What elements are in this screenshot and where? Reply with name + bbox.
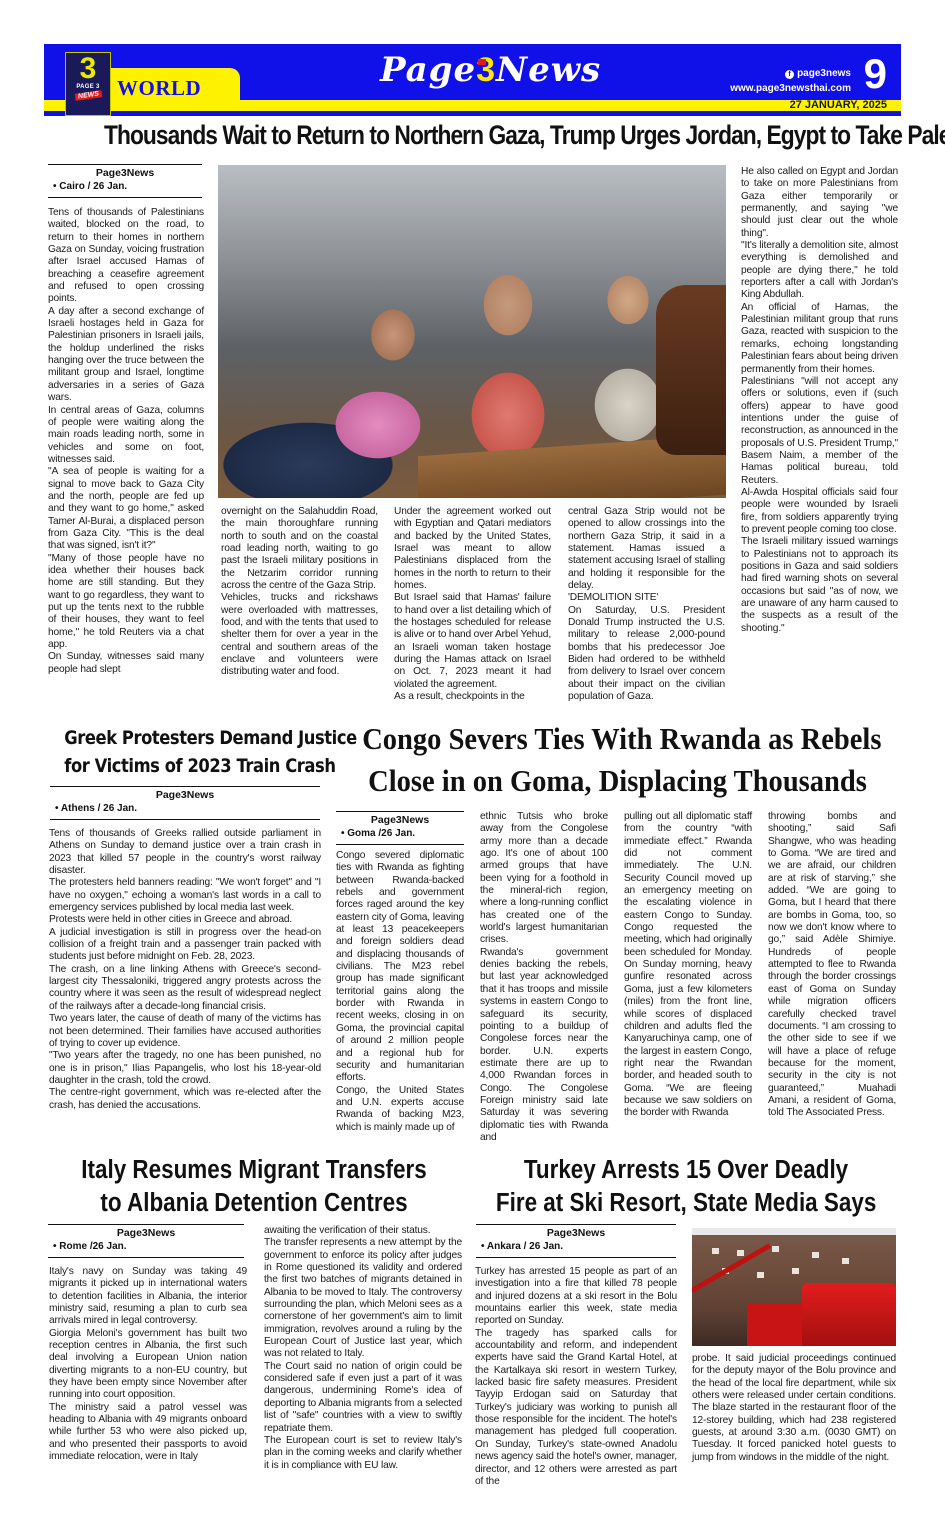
paragraph: Tens of thousands of Greeks rallied outs… [49,828,321,877]
greece-byline: Page3News • Athens / 26 Jan. [50,786,320,820]
italy-byline: Page3News • Rome /26 Jan. [48,1224,244,1258]
paragraph: An official of Hamas, the Palestinian mi… [741,302,898,376]
headline-line: Close in on Goma, Displacing Thousands [362,760,873,802]
gaza-column-4: central Gaza Strip would not be opened t… [568,506,725,704]
paragraph: On Sunday, witnesses said many people ha… [48,651,204,676]
paragraph: The Israeli military issued warnings to … [741,536,898,635]
logo-numeral: 3 [80,55,97,83]
paragraph: Protests were held in other cities in Gr… [49,914,321,926]
paragraph: The transfer represents a new attempt by… [264,1237,462,1360]
paragraph: Two years later, the cause of death of m… [49,1013,321,1050]
paragraph: Giorgia Meloni's government has built tw… [49,1328,247,1402]
turkey-column-2: probe. It said judicial proceedings cont… [692,1353,896,1464]
paragraph: central Gaza Strip would not be opened t… [568,506,725,592]
photo-detail [772,1246,779,1252]
congo-column-2: ethnic Tutsis who broke away from the Co… [480,811,608,1144]
paragraph: A judicial investigation is still in pro… [49,927,321,964]
paragraph: Al-Awda Hospital officials said four peo… [741,487,898,536]
byline-source: Page3News [48,167,202,180]
masthead-rule [44,111,901,116]
byline-source: Page3News [476,1227,676,1240]
brand-numeral: 3 [476,51,496,89]
paragraph: Italy's navy on Sunday was taking 49 mig… [49,1266,247,1328]
brand-part: Page [380,50,476,90]
paragraph: "Many of those people have no idea wheth… [48,553,204,652]
greece-headline: Greek Protesters Demand Justice for Vict… [64,724,313,780]
photo-detail [656,285,726,455]
paragraph: On Saturday, U.S. President Donald Trump… [568,605,725,704]
byline-dateline: • Rome /26 Jan. [48,1240,244,1253]
congo-headline: Congo Severs Ties With Rwanda as Rebels … [362,718,873,802]
headline-line: for Victims of 2023 Train Crash [64,752,313,780]
headline-line: to Albania Detention Centres [69,1187,439,1220]
paragraph: The European court is set to review Ital… [264,1435,462,1472]
paragraph: "Two years after the tragedy, no one has… [49,1050,321,1087]
congo-column-3: pulling out all diplomatic staff from th… [624,811,752,1120]
paragraph: awaiting the verification of their statu… [264,1225,462,1237]
divider [48,164,202,165]
turkey-byline: Page3News • Ankara / 26 Jan. [476,1224,676,1258]
paragraph: Palestinians "will not accept any offers… [741,376,898,487]
divider [336,844,464,845]
section-label: WORLD [117,76,201,101]
divider [48,1257,244,1258]
congo-column-1: Congo severed diplomatic ties with Rwand… [336,850,464,1134]
byline-dateline: • Ankara / 26 Jan. [476,1240,676,1253]
gaza-column-5: He also called on Egypt and Jordan to ta… [741,166,898,635]
headline-line: Greek Protesters Demand Justice [64,724,313,752]
photo-detail [747,1303,807,1346]
byline-dateline: • Goma /26 Jan. [336,827,464,840]
headline-line: Turkey Arrests 15 Over Deadly [496,1154,876,1187]
paragraph: The protesters held banners reading: "We… [49,877,321,914]
paragraph: throwing bombs and shooting,” said Safi … [768,811,896,1120]
photo-detail [712,1248,719,1254]
gaza-column-2: overnight on the Salahuddin Road, the ma… [221,506,378,679]
italy-headline: Italy Resumes Migrant Transfers to Alban… [69,1154,439,1220]
photo-detail [757,1272,764,1278]
issue-date: 27 JANUARY, 2025 [790,99,887,111]
byline-source: Page3News [336,814,464,827]
paragraph: "A sea of people is waiting for a signal… [48,466,204,552]
paragraph: Congo, the United States and U.N. expert… [336,1085,464,1134]
facebook-icon: f [785,70,794,79]
gaza-photo [218,165,726,498]
paragraph: "It's literally a demolition site, almos… [741,240,898,302]
paragraph: ethnic Tutsis who broke away from the Co… [480,811,608,947]
byline-dateline: • Cairo / 26 Jan. [48,180,202,193]
byline-dateline: • Athens / 26 Jan. [50,802,320,815]
paragraph: Vehicles, trucks and rickshaws were over… [221,592,378,678]
paragraph: The tragedy has sparked calls for accoun… [475,1328,677,1488]
paragraph: Congo severed diplomatic ties with Rwand… [336,850,464,1085]
photo-detail [802,1283,896,1346]
logo-news-badge: NEWS [74,90,102,101]
congo-byline: Page3News • Goma /26 Jan. [336,811,464,845]
italy-column-2: awaiting the verification of their statu… [264,1225,462,1472]
paragraph: Under the agreement worked out with Egyp… [394,506,551,592]
date-band [44,100,901,111]
headline-line: Fire at Ski Resort, State Media Says [496,1187,876,1220]
paragraph: The centre-right government, which was r… [49,1087,321,1112]
paragraph: The ministry said a patrol vessel was he… [49,1402,247,1464]
paragraph: Turkey has arrested 15 people as part of… [475,1266,677,1328]
headline-line: Congo Severs Ties With Rwanda as Rebels [362,718,873,760]
italy-column-1: Italy's navy on Sunday was taking 49 mig… [49,1266,247,1464]
gaza-column-1: Tens of thousands of Palestinians waited… [48,207,204,676]
fire-photo [692,1228,896,1346]
congo-column-4: throwing bombs and shooting,” said Safi … [768,811,896,1120]
facebook-link[interactable]: fpage3news [785,68,851,79]
paragraph: A day after a second exchange of Israeli… [48,306,204,405]
website-link[interactable]: www.page3newsthai.com [730,83,851,94]
paragraph: The Court said no nation of origin could… [264,1361,462,1435]
paragraph: As a result, checkpoints in the [394,691,551,703]
divider [48,197,202,198]
divider [336,811,464,812]
photo-detail [692,1243,771,1292]
photo-detail [737,1250,744,1256]
newspaper-brand: Page3News [380,50,580,90]
paragraph: Tens of thousands of Palestinians waited… [48,207,204,306]
paragraph: Rwanda's government denies backing the r… [480,947,608,1145]
byline-source: Page3News [50,789,320,802]
turkey-column-1: Turkey has arrested 15 people as part of… [475,1266,677,1488]
page-number: 9 [864,50,887,98]
turkey-headline: Turkey Arrests 15 Over Deadly Fire at Sk… [496,1154,876,1220]
paragraph: probe. It said judicial proceedings cont… [692,1353,896,1464]
gaza-headline: Thousands Wait to Return to Northern Gaz… [104,120,841,151]
byline-source: Page3News [48,1227,244,1240]
divider [50,786,320,787]
masthead: 3 PAGE 3 NEWS WORLD Page3News fpage3news… [44,44,901,116]
photo-detail [842,1258,849,1264]
photo-detail [812,1252,819,1258]
divider [48,1224,244,1225]
divider [50,819,320,820]
paragraph: The crash, on a line linking Athens with… [49,964,321,1013]
headline-line: Italy Resumes Migrant Transfers [69,1154,439,1187]
photo-detail [792,1268,799,1274]
divider [476,1257,676,1258]
divider [476,1224,676,1225]
gaza-byline: Page3News • Cairo / 26 Jan. [48,164,202,198]
paragraph: pulling out all diplomatic staff from th… [624,811,752,1120]
subheading: 'DEMOLITION SITE' [568,592,725,604]
gaza-column-3: Under the agreement worked out with Egyp… [394,506,551,704]
facebook-handle: page3news [797,68,851,79]
greece-body: Tens of thousands of Greeks rallied outs… [49,828,321,1112]
brand-part: News [496,50,601,90]
page3-logo: 3 PAGE 3 NEWS [65,52,111,116]
paragraph: But Israel said that Hamas' failure to h… [394,592,551,691]
paragraph: He also called on Egypt and Jordan to ta… [741,166,898,240]
paragraph: overnight on the Salahuddin Road, the ma… [221,506,378,592]
paragraph: In central areas of Gaza, columns of peo… [48,405,204,467]
logo-text: PAGE 3 [76,84,99,90]
